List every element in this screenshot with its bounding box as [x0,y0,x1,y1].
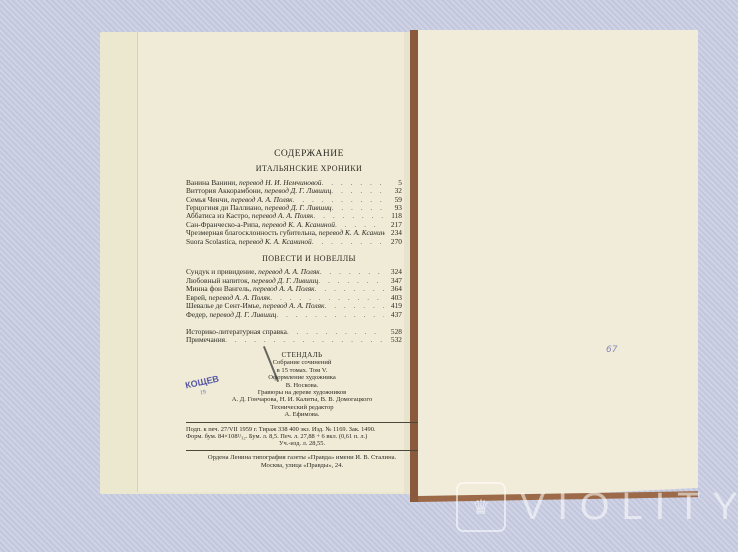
work-title: Историко-литературная справка [186,328,287,336]
leader-dots: . . . . . . . . . . . . . . . . . . . . … [313,212,384,220]
handwritten-note: 67 [606,345,617,355]
translator: перевод К. А. Ксаниной [262,221,335,229]
imprint-line: Уч.-изд. л. 28,55. [186,440,418,447]
imprint-block: Подп. к печ. 27/VII 1959 г. Тираж 338 40… [186,426,418,448]
toc-entry: Герцогиня ди Паллиано, перевод Д. Г. Лив… [186,204,402,212]
toc-entry-title: Федер, перевод Д. Г. Лившиц [186,311,276,319]
leader-dots: . . . . . . . . . . . . . . . . . . . . … [276,311,384,319]
translator: перевод К. А. Ксаниной [239,238,312,246]
colophon: СТЕНДАЛЬ Собрание сочинений в 15 томах. … [186,352,418,469]
watermark: ♛ VIOLITY [456,482,738,532]
toc-entry: Минна фон Вангель, перевод А. А. Поляк .… [186,285,402,293]
toc-entry-title: Сан-Франческо-а-Рипа, перевод К. А. Ксан… [186,221,335,229]
leader-dots: . . . . . . . . . . . . . . . . . . . . … [322,179,385,187]
toc-entry-title: Еврей, перевод А. А. Поляк [186,294,270,302]
leader-dots: . . . . . . . . . . . . . . . . . . . . … [287,328,384,336]
printer-line: Ордена Ленина типография газеты «Правда»… [186,454,418,461]
toc-entry: Чрезмерная благосклонность губительна, п… [186,229,402,237]
work-title: Шевалье де Сент-Имье, [186,302,261,310]
leader-dots: . . . . . . . . . . . . . . . . . . . . … [335,221,384,229]
toc-entry: Сундук и привидение, перевод А. А. Поляк… [186,268,402,276]
printer-line: Москва, улица «Правды», 24. [186,462,418,469]
leader-dots: . . . . . . . . . . . . . . . . . . . . … [312,238,384,246]
translator: перевод Д. Г. Лившиц [265,204,332,212]
leader-dots: . . . . . . . . . . . . . . . . . . . . … [331,187,384,195]
table-of-contents: СОДЕРЖАНИЕ ИТАЛЬЯНСКИЕ ХРОНИКИВанина Ван… [186,150,402,345]
toc-entry-title: Любовный напиток, перевод Д. Г. Лившиц [186,277,318,285]
toc-entry: Сан-Франческо-а-Рипа, перевод К. А. Ксан… [186,221,402,229]
colophon-tech-editor-label: Технический редактор [186,404,418,411]
toc-entry: Аббатиса из Кастро, перевод А. А. Поляк … [186,212,402,220]
leader-dots: . . . . . . . . . . . . . . . . . . . . … [320,268,384,276]
imprint-line: Подп. к печ. 27/VII 1959 г. Тираж 338 40… [186,426,418,433]
leader-dots: . . . . . . . . . . . . . . . . . . . . … [332,204,384,212]
work-title: Любовный напиток, [186,277,250,285]
toc-entry: Suora Scolastica, перевод К. А. Ксаниной… [186,238,402,246]
ink-stamp-date: 19 [200,390,207,397]
toc-entry-title: Минна фон Вангель, перевод А. А. Поляк [186,285,315,293]
watermark-text: VIOLITY [520,486,738,529]
leader-dots: . . . . . . . . . . . . . . . . . . . . … [318,277,384,285]
translator: перевод А. А. Поляк [253,285,315,293]
work-title: Минна фон Вангель, [186,285,251,293]
colophon-engravings-label: Гравюры на дереве художников [186,389,418,396]
toc-title: СОДЕРЖАНИЕ [216,150,402,158]
toc-entry: Любовный напиток, перевод Д. Г. Лившиц .… [186,277,402,285]
toc-entry-title: Шевалье де Сент-Имье, перевод А. А. Поля… [186,302,325,310]
leader-dots: . . . . . . . . . . . . . . . . . . . . … [315,285,384,293]
work-title: Герцогиня ди Паллиано, [186,204,263,212]
toc-entry: Примечания . . . . . . . . . . . . . . .… [186,336,402,344]
colophon-tech-editor: А. Ефимова. [186,411,418,418]
leader-dots: . . . . . . . . . . . . . . . . . . . . … [293,196,384,204]
section-title: ПОВЕСТИ И НОВЕЛЛЫ [216,255,402,263]
colophon-volume: в 15 томах. Том V. [186,367,418,374]
divider [186,422,418,423]
toc-entry: Ванина Ванини, перевод Н. И. Немчиновой … [186,179,402,187]
work-title: Федер, [186,311,208,319]
colophon-author: СТЕНДАЛЬ [186,352,418,359]
translator: перевод Д. Г. Лившиц [209,311,276,319]
toc-entry-title: Чрезмерная благосклонность губительна, п… [186,229,385,237]
work-title: Suora Scolastica, [186,238,237,246]
toc-entry: Федер, перевод Д. Г. Лившиц . . . . . . … [186,311,402,319]
page-number: 437 [384,311,402,319]
work-title: Семья Ченчи, [186,196,229,204]
toc-entry: Историко-литературная справка . . . . . … [186,328,402,336]
work-title: Аббатиса из Кастро, [186,212,250,220]
translator: перевод К. А. Ксаниной [319,229,385,237]
leader-dots: . . . . . . . . . . . . . . . . . . . . … [270,294,384,302]
translator: перевод А. А. Поляк [231,196,293,204]
colophon-designer: В. Носкова. [186,382,418,389]
translator: перевод Н. И. Немчиновой [239,179,322,187]
page-number: 270 [384,238,402,246]
work-title: Ванина Ванини, [186,179,237,187]
translator: перевод А. А. Поляк [263,302,325,310]
work-title: Сан-Франческо-а-Рипа, [186,221,260,229]
toc-entry: Виттория Аккорамбони, перевод Д. Г. Ливш… [186,187,402,195]
toc-entry-title: Suora Scolastica, перевод К. А. Ксаниной [186,238,312,246]
section-title: ИТАЛЬЯНСКИЕ ХРОНИКИ [216,165,402,173]
toc-entry: Семья Ченчи, перевод А. А. Поляк . . . .… [186,196,402,204]
translator: перевод Д. Г. Лившиц [264,187,331,195]
leader-dots: . . . . . . . . . . . . . . . . . . . . … [225,336,384,344]
toc-entry-title: Сундук и привидение, перевод А. А. Поляк [186,268,320,276]
divider [186,450,418,451]
translator: перевод А. А. Поляк [258,268,320,276]
translator: перевод Д. Г. Лившиц [251,277,318,285]
colophon-engravers: А. Д. Гончарова, Н. И. Калиты, В. В. Дом… [186,396,418,403]
toc-entry-title: Семья Ченчи, перевод А. А. Поляк [186,196,293,204]
imprint-line: Форм. бум. 84×108¹/₃₂. Бум. л. 8,5. Печ.… [186,433,418,440]
translator: перевод А. А. Поляк [209,294,271,302]
toc-body: ИТАЛЬЯНСКИЕ ХРОНИКИВанина Ванини, перево… [186,165,402,344]
translator: перевод А. А. Поляк [252,212,314,220]
toc-entry-title: Историко-литературная справка [186,328,287,336]
toc-entry-title: Примечания [186,336,225,344]
toc-entry: Шевалье де Сент-Имье, перевод А. А. Поля… [186,302,402,310]
right-page-blank [418,30,698,502]
toc-entry: Еврей, перевод А. А. Поляк . . . . . . .… [186,294,402,302]
toc-entry-title: Виттория Аккорамбони, перевод Д. Г. Ливш… [186,187,331,195]
crown-logo-icon: ♛ [456,482,506,532]
work-title: Примечания [186,336,225,344]
page-number: 532 [384,336,402,344]
colophon-design-label: Оформление художника [186,374,418,381]
toc-entry-title: Ванина Ванини, перевод Н. И. Немчиновой [186,179,322,187]
work-title: Сундук и привидение, [186,268,256,276]
work-title: Виттория Аккорамбони, [186,187,263,195]
work-title: Еврей, [186,294,207,302]
work-title: Чрезмерная благосклонность губительна, [186,229,317,237]
toc-entry-title: Аббатиса из Кастро, перевод А. А. Поляк [186,212,313,220]
leader-dots: . . . . . . . . . . . . . . . . . . . . … [325,302,384,310]
toc-entry-title: Герцогиня ди Паллиано, перевод Д. Г. Лив… [186,204,332,212]
colophon-collection: Собрание сочинений [186,359,418,366]
